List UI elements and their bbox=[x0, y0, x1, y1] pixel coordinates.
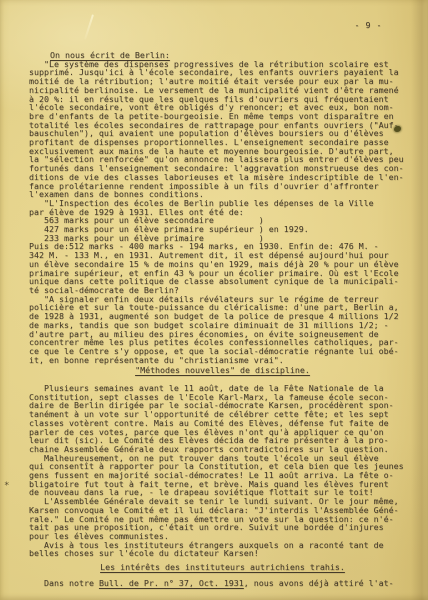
bulletin-reference-suffix: , nous avons déjà attiré l'at- bbox=[244, 578, 394, 588]
bulletin-reference-line: Dans notre Bull. de Pr. n° 37, Oct. 1931… bbox=[29, 579, 416, 588]
section-heading-autrichiens: Les intérêts des instituteurs autrichien… bbox=[29, 563, 416, 572]
section-berlin-body: "Le système des dispenses progressives d… bbox=[29, 60, 416, 365]
scanned-document-page: - 9 - On nous écrit de Berlin: "Le systè… bbox=[0, 0, 428, 600]
document-content: On nous écrit de Berlin: "Le système des… bbox=[29, 51, 416, 587]
bulletin-reference: Bull. de Pr. n° 37, Oct. 1931 bbox=[99, 578, 244, 588]
text-line: it, en bonne représentante du "christian… bbox=[29, 356, 416, 365]
section-heading-methodes: "Méthodes nouvelles" de discipline. bbox=[29, 366, 416, 375]
section-methodes-body: Plusieurs semaines avant le 11 août, dat… bbox=[29, 384, 416, 558]
text-line: belles choses sur l'école du dictateur K… bbox=[29, 549, 416, 558]
margin-ink-mark: * bbox=[4, 482, 9, 491]
section-heading-autrichiens-text: Les intérêts des instituteurs autrichien… bbox=[100, 562, 345, 572]
paper-scratch bbox=[84, 14, 94, 39]
section-heading-methodes-text: "Méthodes nouvelles" de discipline. bbox=[135, 365, 310, 375]
bulletin-reference-prefix: Dans notre bbox=[29, 578, 99, 588]
page-number: - 9 - bbox=[355, 21, 382, 30]
